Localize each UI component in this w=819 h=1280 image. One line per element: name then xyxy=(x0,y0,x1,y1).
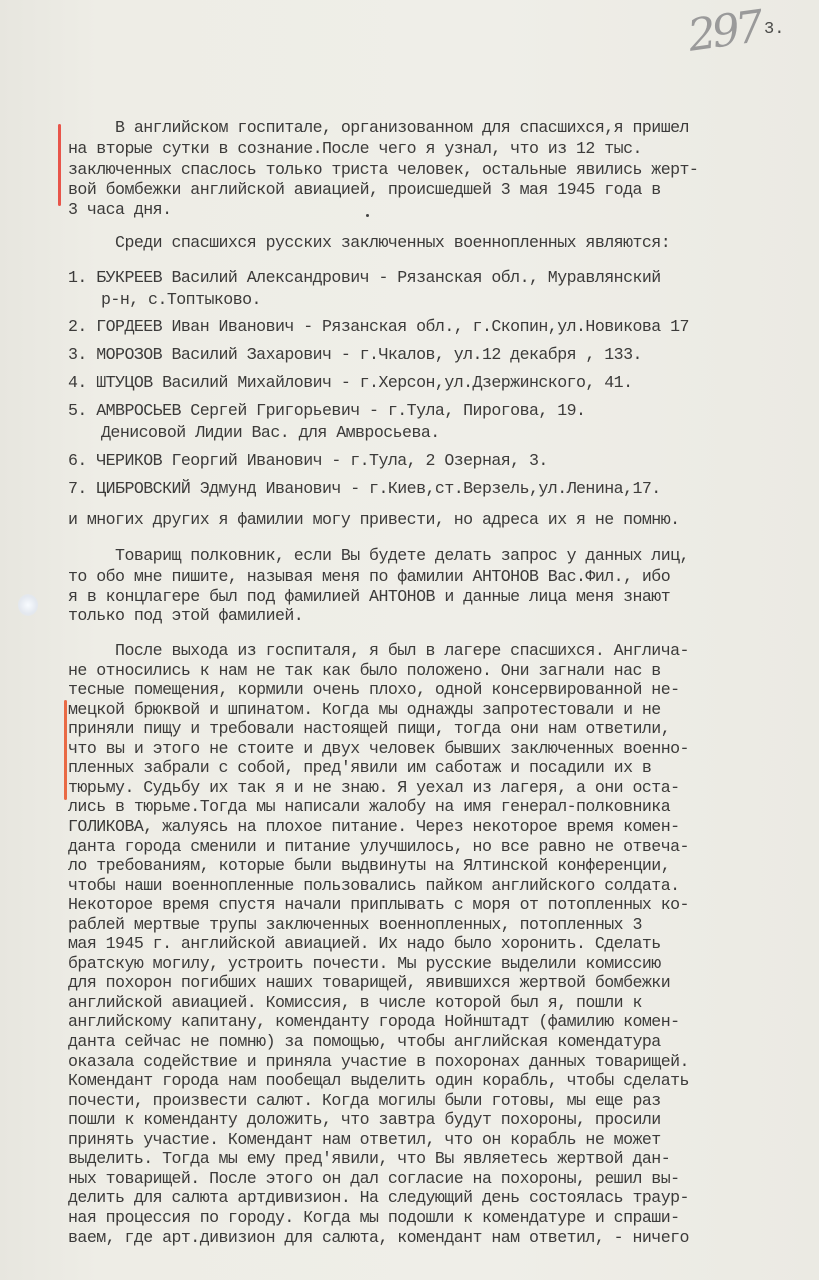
paragraph-line: заключенных спаслось только триста челов… xyxy=(68,160,698,180)
paragraph-line: вой бомбежки английской авиацией, происш… xyxy=(68,180,661,200)
paragraph-line: ваем, где арт.дивизион для салюта, комен… xyxy=(68,1228,689,1248)
paragraph-line: данта города сменили и питание улучшилос… xyxy=(68,837,689,857)
prisoner-entry-continuation: Денисовой Лидии Вас. для Амвросьева. xyxy=(101,423,440,443)
red-margin-mark-middle xyxy=(64,700,67,800)
prisoner-entry: 2. ГОРДЕЕВ Иван Иванович - Рязанская обл… xyxy=(68,317,689,337)
paragraph-line: мецкой брюквой и шпинатом. Когда мы одна… xyxy=(68,700,661,720)
paragraph-line: что вы и этого не стоите и двух человек … xyxy=(68,739,689,759)
red-margin-mark-top xyxy=(58,124,61,206)
list-outro: и многих других я фамилии могу привести,… xyxy=(68,510,680,530)
prisoner-entry: 7. ЦИБРОВСКИЙ Эдмунд Иванович - г.Киев,с… xyxy=(68,479,661,499)
paragraph-line: пленных забрали с собой, пред'явили им с… xyxy=(68,758,651,778)
paragraph-line: не относились к нам не так как было поло… xyxy=(68,661,661,681)
paragraph-line: пошли к коменданту доложить, что завтра … xyxy=(68,1110,661,1130)
prisoner-entry-continuation: р-н, с.Топтыково. xyxy=(101,290,261,310)
paragraph-line: то обо мне пишите, называя меня по фамил… xyxy=(68,567,670,587)
paragraph-line: я в концлагере был под фамилией АНТОНОВ … xyxy=(68,587,670,607)
paragraph-line: принять участие. Комендант нам ответил, … xyxy=(68,1130,661,1150)
paragraph-line: английскому капитану, коменданту города … xyxy=(68,1012,680,1032)
paragraph-line: тесные помещения, кормили очень плохо, о… xyxy=(68,680,680,700)
paragraph-line: для похорон погибших наших товарищей, яв… xyxy=(68,973,670,993)
page-number: 3. xyxy=(764,20,784,39)
punch-hole xyxy=(18,594,38,616)
paragraph-line: на вторые сутки в сознание.После чего я … xyxy=(68,139,642,159)
paragraph-line: Комендант города нам пообещал выделить о… xyxy=(68,1071,689,1091)
paragraph-line: ГОЛИКОВА, жалуясь на плохое питание. Чер… xyxy=(68,817,680,837)
paragraph-line: приняли пищу и требовали настоящей пищи,… xyxy=(68,719,670,739)
prisoner-entry: 6. ЧЕРИКОВ Георгий Иванович - г.Тула, 2 … xyxy=(68,451,548,471)
paragraph-line: ло требованиям, которые были выдвинуты н… xyxy=(68,856,670,876)
prisoner-entry: 5. АМВРОСЬЕВ Сергей Григорьевич - г.Тула… xyxy=(68,401,585,421)
paragraph-line: раблей мертвые трупы заключенных военноп… xyxy=(68,915,642,935)
paragraph-line: братскую могилу, устроить почести. Мы ру… xyxy=(68,954,661,974)
paragraph-line: оказала содействие и приняла участие в п… xyxy=(68,1052,689,1072)
paragraph-line: чтобы наши военнопленные пользовались па… xyxy=(68,876,680,896)
paragraph-line: лись в тюрьме.Тогда мы написали жалобу н… xyxy=(68,797,670,817)
ink-speck xyxy=(366,214,369,217)
prisoner-entry: 4. ШТУЦОВ Василий Михайлович - г.Херсон,… xyxy=(68,373,632,393)
paragraph-line: делить для салюта артдивизион. На следую… xyxy=(68,1188,689,1208)
paragraph-line: данта сейчас не помню) за помощью, чтобы… xyxy=(68,1032,661,1052)
paragraph-line: 3 часа дня. xyxy=(68,200,172,220)
paragraph-line: мая 1945 г. английской авиацией. Их надо… xyxy=(68,934,661,954)
archive-folio-number: 297 xyxy=(685,1,763,62)
paragraph-line: После выхода из госпиталя, я был в лагер… xyxy=(68,641,689,661)
paragraph-line: почести, произвести салют. Когда могилы … xyxy=(68,1091,661,1111)
paragraph-line: тюрьму. Судьбу их так я и не знаю. Я уех… xyxy=(68,778,680,798)
prisoner-entry: 1. БУКРЕЕВ Василий Александрович - Рязан… xyxy=(68,268,661,288)
paragraph-line: ных товарищей. После этого он дал соглас… xyxy=(68,1169,680,1189)
paragraph-line: В английском госпитале, организованном д… xyxy=(68,118,689,138)
prisoner-entry: 3. МОРОЗОВ Василий Захарович - г.Чкалов,… xyxy=(68,345,642,365)
paragraph-line: только под этой фамилией. xyxy=(68,606,303,626)
paragraph-line: выделить. Тогда мы ему пред'явили, что В… xyxy=(68,1149,670,1169)
document-page: 297 3. В английском госпитале, организов… xyxy=(0,0,819,1280)
paragraph-line: Некоторое время спустя начали приплывать… xyxy=(68,895,689,915)
paragraph-line: Товарищ полковник, если Вы будете делать… xyxy=(68,546,689,566)
list-intro: Среди спасшихся русских заключенных воен… xyxy=(68,233,670,253)
paragraph-line: английской авиацией. Комиссия, в числе к… xyxy=(68,993,642,1013)
paragraph-line: ная процессия по городу. Когда мы подошл… xyxy=(68,1208,680,1228)
